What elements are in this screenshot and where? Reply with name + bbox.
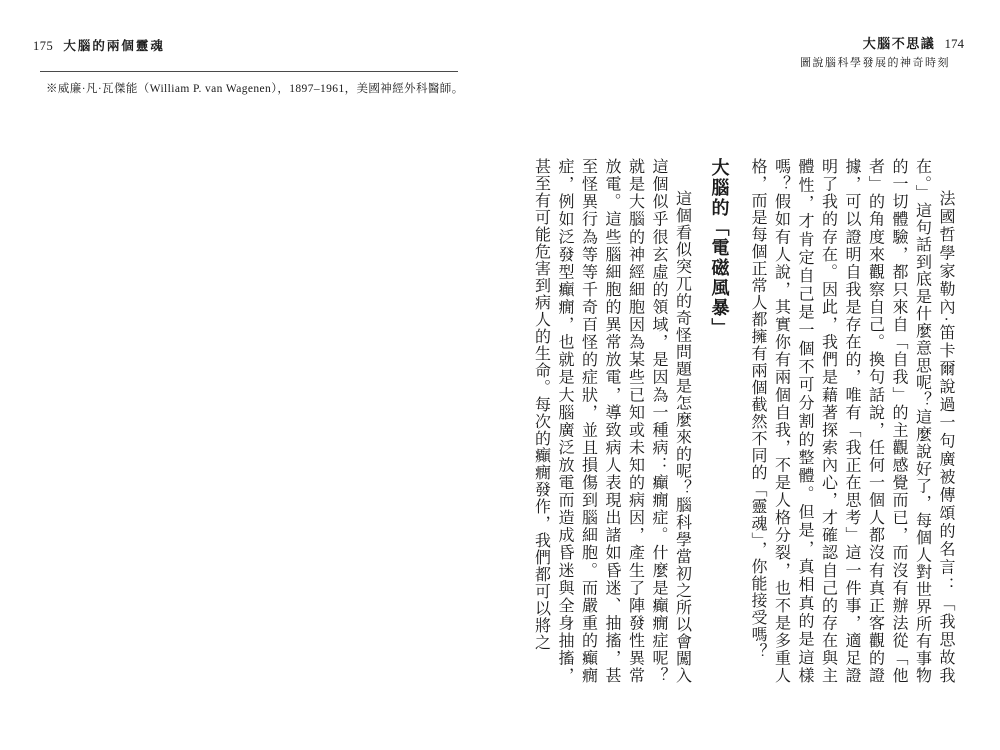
page-left: 175 大腦的兩個靈魂 ※威廉·凡·瓦傑能（William P. van Wag… [0,0,500,750]
book-subtitle: 圖說腦科學發展的神奇時刻 [800,54,964,70]
right-running-head-line1: 大腦不思議 174 [800,33,964,52]
book-title: 大腦不思議 [863,36,936,51]
right-body-text: 法國哲學家勒內·笛卡爾說過一句廣被傳頌的名言：「我思故我在。」這句話到底是什麼意… [529,158,957,684]
paragraph: 這個看似突兀的奇怪問題是怎麼來的呢？腦科學當初之所以會闖入這個似乎很玄虛的領域，… [529,158,694,684]
left-chapter-title: 大腦的兩個靈魂 [63,39,165,53]
left-running-head: 175 大腦的兩個靈魂 [33,36,165,54]
right-running-head: 大腦不思議 174 圖說腦科學發展的神奇時刻 [800,33,964,70]
footnote-divider [40,71,458,72]
right-page-number: 174 [945,36,965,51]
paragraph: 法國哲學家勒內·笛卡爾說過一句廣被傳頌的名言：「我思故我在。」這句話到底是什麼意… [746,158,958,684]
section-heading: 大腦的「電磁風暴」 [707,158,733,684]
book-spread: 175 大腦的兩個靈魂 ※威廉·凡·瓦傑能（William P. van Wag… [0,0,1000,750]
left-page-number: 175 [33,39,53,53]
page-right: 大腦不思議 174 圖說腦科學發展的神奇時刻 法國哲學家勒內·笛卡爾說過一句廣被… [500,0,1000,750]
footnote-text: ※威廉·凡·瓦傑能（William P. van Wagenen），1897–1… [46,80,464,96]
